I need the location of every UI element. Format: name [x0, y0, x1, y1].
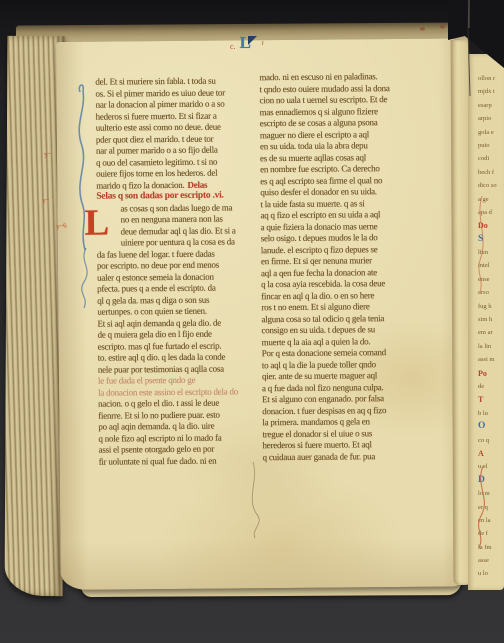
- fore-edge-text-fragment: mjdx t: [478, 85, 504, 98]
- fore-edge-text-fragment: er q: [478, 501, 504, 514]
- fore-edge-initial: O: [478, 420, 504, 433]
- fore-edge-initial: Po: [478, 367, 504, 380]
- fore-edge-text-fragment: esarp: [478, 99, 504, 112]
- text-line: fir uoluntate ni qual fue dado. ni en: [99, 455, 256, 468]
- fore-edge-text-fragment: en la: [478, 514, 504, 527]
- margin-mark: y~: [41, 196, 49, 205]
- fore-edge-text-fragment: dico so: [478, 179, 504, 192]
- fore-edge-text-fragment: u el: [478, 460, 504, 473]
- fore-edge-text-fragment: intel: [478, 259, 504, 272]
- header-red-mark-right: r: [262, 39, 264, 47]
- edge-stain: [420, 27, 425, 31]
- margin-mark: y~: [43, 150, 51, 159]
- edge-stain: [440, 25, 445, 29]
- fore-edge-text-fragment: lo m: [478, 487, 504, 500]
- catchword-red: Delas: [184, 179, 207, 189]
- header-red-mark: c.: [230, 42, 236, 51]
- fore-edge-text-fragment: asse: [478, 554, 504, 567]
- text-column-left: del. Et si muriere sin fabla. t toda suo…: [95, 75, 255, 467]
- fore-edge-text-fragment: fug h: [478, 300, 504, 313]
- next-folio-text: ollon rmjdx tesarparpiogola epuiocodibec…: [478, 72, 504, 581]
- fore-edge-text-fragment: gola e: [478, 126, 504, 139]
- fore-edge-text-fragment: sim h: [478, 313, 504, 326]
- header-letter-wrap: L: [240, 33, 258, 53]
- text-line: uiniere por uentura q la cosa es da: [97, 236, 254, 249]
- fore-edge-initial: A: [478, 447, 504, 460]
- fore-edge-text-fragment: b lu: [478, 407, 504, 420]
- fore-edge-text-fragment: apa d: [478, 206, 504, 219]
- fore-edge-text-fragment: la fm: [478, 541, 504, 554]
- fore-edge-text-fragment: lfen: [478, 246, 504, 259]
- fore-edge-initial: T: [478, 393, 504, 406]
- fore-edge-initial: D: [478, 474, 504, 487]
- fore-edge-initial: Do: [478, 219, 504, 232]
- fore-edge-text-fragment: de: [478, 380, 504, 393]
- text-line: as cosas q son dadas luego de ma: [96, 202, 253, 215]
- running-header: c. L r: [230, 33, 264, 53]
- fore-edge-text-fragment: ense: [478, 273, 504, 286]
- header-letter-triangle: [248, 36, 257, 45]
- drop-cap-initial: L: [84, 208, 109, 240]
- fore-edge-text-fragment: co q: [478, 434, 504, 447]
- fore-edge-text-fragment: u lo: [478, 567, 504, 580]
- fore-edge-text-fragment: em ar: [478, 326, 504, 339]
- fore-edge-text-fragment: ollon r: [478, 72, 504, 85]
- fore-edge-text-fragment: a ge: [478, 193, 504, 206]
- text-column-right: mado. ni en escuso ni en paladinas.t qnd…: [259, 71, 429, 463]
- fore-edge-text-fragment: arso: [478, 286, 504, 299]
- fore-edge-text-fragment: assi m: [478, 353, 504, 366]
- margin-mark: y~6: [55, 221, 67, 230]
- text-line: la donacion este assino el escripto dela…: [98, 386, 255, 399]
- manuscript-page: del. Et si muriere sin fabla. t toda suo…: [56, 38, 463, 589]
- fore-edge-initial: S: [478, 233, 504, 246]
- fore-edge-text-fragment: arpio: [478, 112, 504, 125]
- text-line: q cuidaua auer ganada de fur. pua: [263, 450, 430, 463]
- fore-edge-text-fragment: de f: [478, 527, 504, 540]
- photo-backdrop: { "meta": { "subject": "Opened medieval …: [0, 0, 504, 643]
- fore-edge-text-fragment: la lin: [478, 340, 504, 353]
- fore-edge-text-fragment: bech f: [478, 166, 504, 179]
- fore-edge-text-fragment: puio: [478, 139, 504, 152]
- fore-edge-text-fragment: codi: [478, 152, 504, 165]
